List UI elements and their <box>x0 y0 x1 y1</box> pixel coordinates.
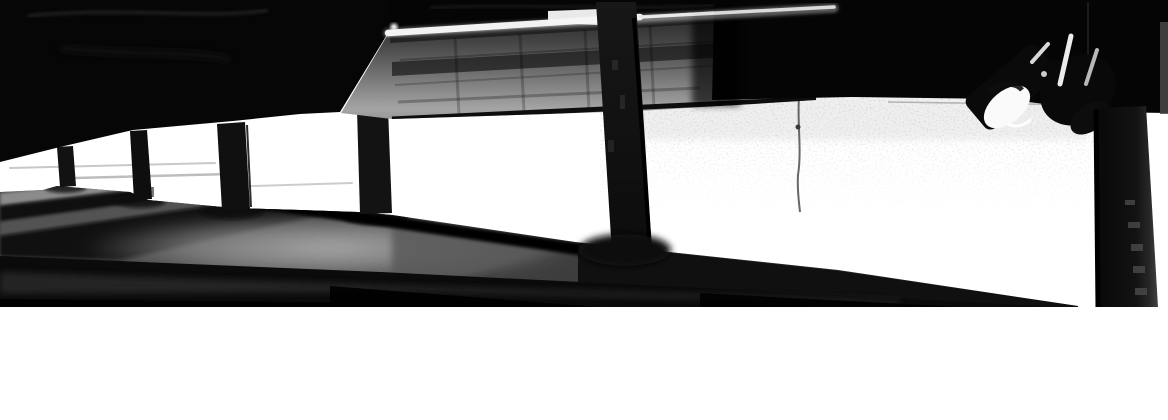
photo-image <box>0 0 1168 307</box>
photo-canvas <box>0 0 1168 420</box>
scratch-blob <box>796 125 801 130</box>
support-post-3 <box>217 122 250 210</box>
beam-shadow-transition <box>692 6 740 106</box>
support-post-4 <box>357 108 392 214</box>
photo-bottom-margin <box>0 307 1168 420</box>
support-post-1 <box>57 146 76 187</box>
right-edge-sliver <box>1160 22 1168 114</box>
center-post-base-shadow <box>579 234 671 266</box>
